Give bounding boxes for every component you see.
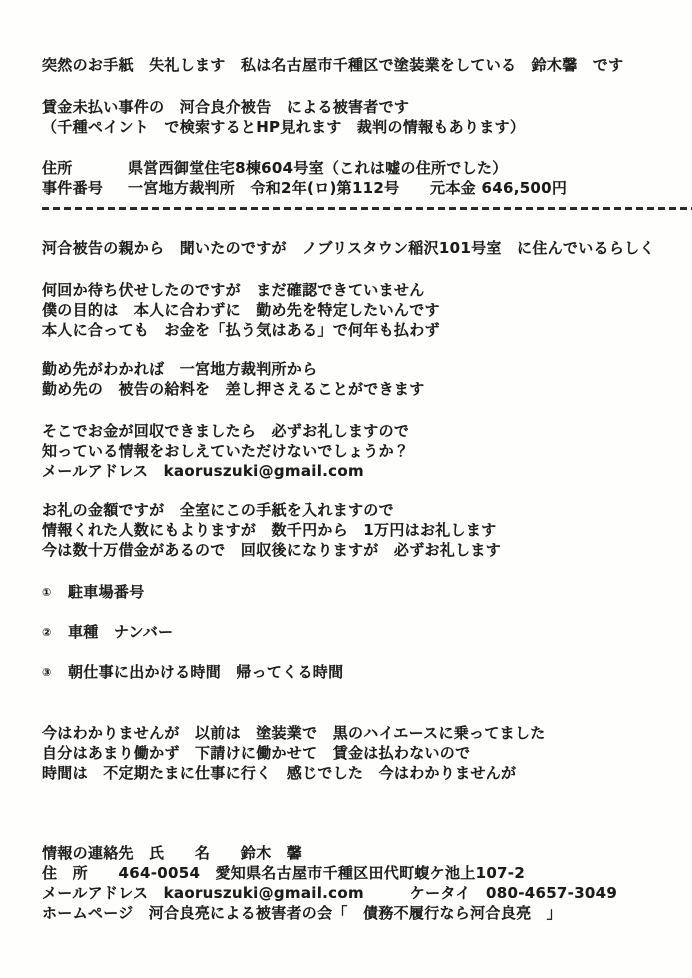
past-info-paragraph: 今はわかりませんが 以前は 塗装業で 黒のハイエースに乗ってました 自分はあまり… xyxy=(42,723,658,783)
address-value: 県営西御堂住宅8棟604号室（これは嘘の住所でした） xyxy=(128,159,508,177)
contact-email-phone-line: メールアドレス kaoruszuki@gmail.com ケータイ 080-46… xyxy=(42,883,658,903)
garnishment-paragraph: 勤め先がわかれば 一宮地方裁判所から 勤め先の 被告の給料を 差し押さえることが… xyxy=(42,359,658,399)
victim-line: 賃金未払い事件の 河合良介被告 による被害者です xyxy=(42,97,658,117)
garnishment-line: 勤め先の 被告の給料を 差し押さえることができます xyxy=(42,379,658,399)
reward-line: 情報くれた人数にもよりますが 数千円から 1万円はお礼します xyxy=(42,520,658,540)
case-info-row-address: 住所県営西御堂住宅8棟604号室（これは嘘の住所でした） xyxy=(42,158,658,178)
list-item-text: 朝仕事に出かける時間 帰ってくる時間 xyxy=(68,663,343,681)
scanned-letter-page: 突然のお手紙 失礼します 私は名古屋市千種区で塗装業をしている 鈴木馨 です 賃… xyxy=(0,0,692,978)
opening-line: 突然のお手紙 失礼します 私は名古屋市千種区で塗装業をしている 鈴木馨 です xyxy=(42,55,658,75)
purpose-paragraph: 何回か待ち伏せしたのですが まだ確認できていません 僕の目的は 本人に合わずに … xyxy=(42,280,658,340)
victim-line: （千種ペイント で検索するとHP見れます 裁判の情報もあります） xyxy=(42,117,658,137)
request-line: 知っている情報をおしえていただけないでしょうか？ xyxy=(42,441,658,461)
case-number-label: 事件番号 xyxy=(42,178,128,198)
victim-statement-paragraph: 賃金未払い事件の 河合良介被告 による被害者です （千種ペイント で検索するとH… xyxy=(42,97,658,137)
case-info-row-case-number: 事件番号一宮地方裁判所 令和2年(ロ)第112号 元本金 646,500円 xyxy=(42,178,658,198)
request-line: そこでお金が回収できましたら 必ずお礼しますので xyxy=(42,421,658,441)
list-item: ③朝仕事に出かける時間 帰ってくる時間 xyxy=(42,662,658,683)
address-label: 住所 xyxy=(42,158,128,178)
reward-line: 今は数十万借金があるので 回収後になりますが 必ずお礼します xyxy=(42,540,658,560)
request-email-line: メールアドレス kaoruszuki@gmail.com xyxy=(42,461,658,481)
list-item: ①駐車場番号 xyxy=(42,582,658,603)
hideout-paragraph: 河合被告の親から 聞いたのですが ノブリスタウン稲沢101号室 に住んでいるらし… xyxy=(42,238,658,258)
purpose-line: 僕の目的は 本人に合わずに 勤め先を特定したいんです xyxy=(42,300,658,320)
purpose-line: 本人に合っても お金を「払う気はある」で何年も払わず xyxy=(42,320,658,340)
reward-line: お礼の金額ですが 全室にこの手紙を入れますので xyxy=(42,500,658,520)
case-number-value: 一宮地方裁判所 令和2年(ロ)第112号 元本金 646,500円 xyxy=(128,179,567,197)
garnishment-line: 勤め先がわかれば 一宮地方裁判所から xyxy=(42,359,658,379)
contact-address-line: 住 所 464-0054 愛知県名古屋市千種区田代町蝮ケ池上107-2 xyxy=(42,863,658,883)
case-info-block: 住所県営西御堂住宅8棟604号室（これは嘘の住所でした） 事件番号一宮地方裁判所… xyxy=(42,158,658,198)
past-info-line: 時間は 不定期たまに仕事に行く 感じでした 今はわかりませんが xyxy=(42,763,658,783)
circled-number-2: ② xyxy=(42,623,68,643)
past-info-line: 自分はあまり働かず 下請けに働かせて 賃金は払わないので xyxy=(42,743,658,763)
contact-name-line: 情報の連絡先 氏 名 鈴木 馨 xyxy=(42,843,658,863)
list-item-text: 駐車場番号 xyxy=(68,583,145,601)
contact-homepage-line: ホームページ 河合良亮による被害者の会「 債務不履行なら河合良亮 」 xyxy=(42,903,658,923)
contact-block: 情報の連絡先 氏 名 鈴木 馨 住 所 464-0054 愛知県名古屋市千種区田… xyxy=(42,843,658,923)
dashed-divider xyxy=(42,207,692,210)
reward-paragraph: お礼の金額ですが 全室にこの手紙を入れますので 情報くれた人数にもよりますが 数… xyxy=(42,500,658,560)
circled-number-1: ① xyxy=(42,583,68,603)
purpose-line: 何回か待ち伏せしたのですが まだ確認できていません xyxy=(42,280,658,300)
opening-paragraph: 突然のお手紙 失礼します 私は名古屋市千種区で塗装業をしている 鈴木馨 です xyxy=(42,55,658,75)
past-info-line: 今はわかりませんが 以前は 塗装業で 黒のハイエースに乗ってました xyxy=(42,723,658,743)
hideout-line: 河合被告の親から 聞いたのですが ノブリスタウン稲沢101号室 に住んでいるらし… xyxy=(42,238,658,258)
wanted-info-list: ①駐車場番号 ②車種 ナンバー ③朝仕事に出かける時間 帰ってくる時間 xyxy=(42,582,658,683)
list-item: ②車種 ナンバー xyxy=(42,622,658,643)
list-item-text: 車種 ナンバー xyxy=(68,623,173,641)
request-paragraph: そこでお金が回収できましたら 必ずお礼しますので 知っている情報をおしえていただ… xyxy=(42,421,658,481)
circled-number-3: ③ xyxy=(42,663,68,683)
